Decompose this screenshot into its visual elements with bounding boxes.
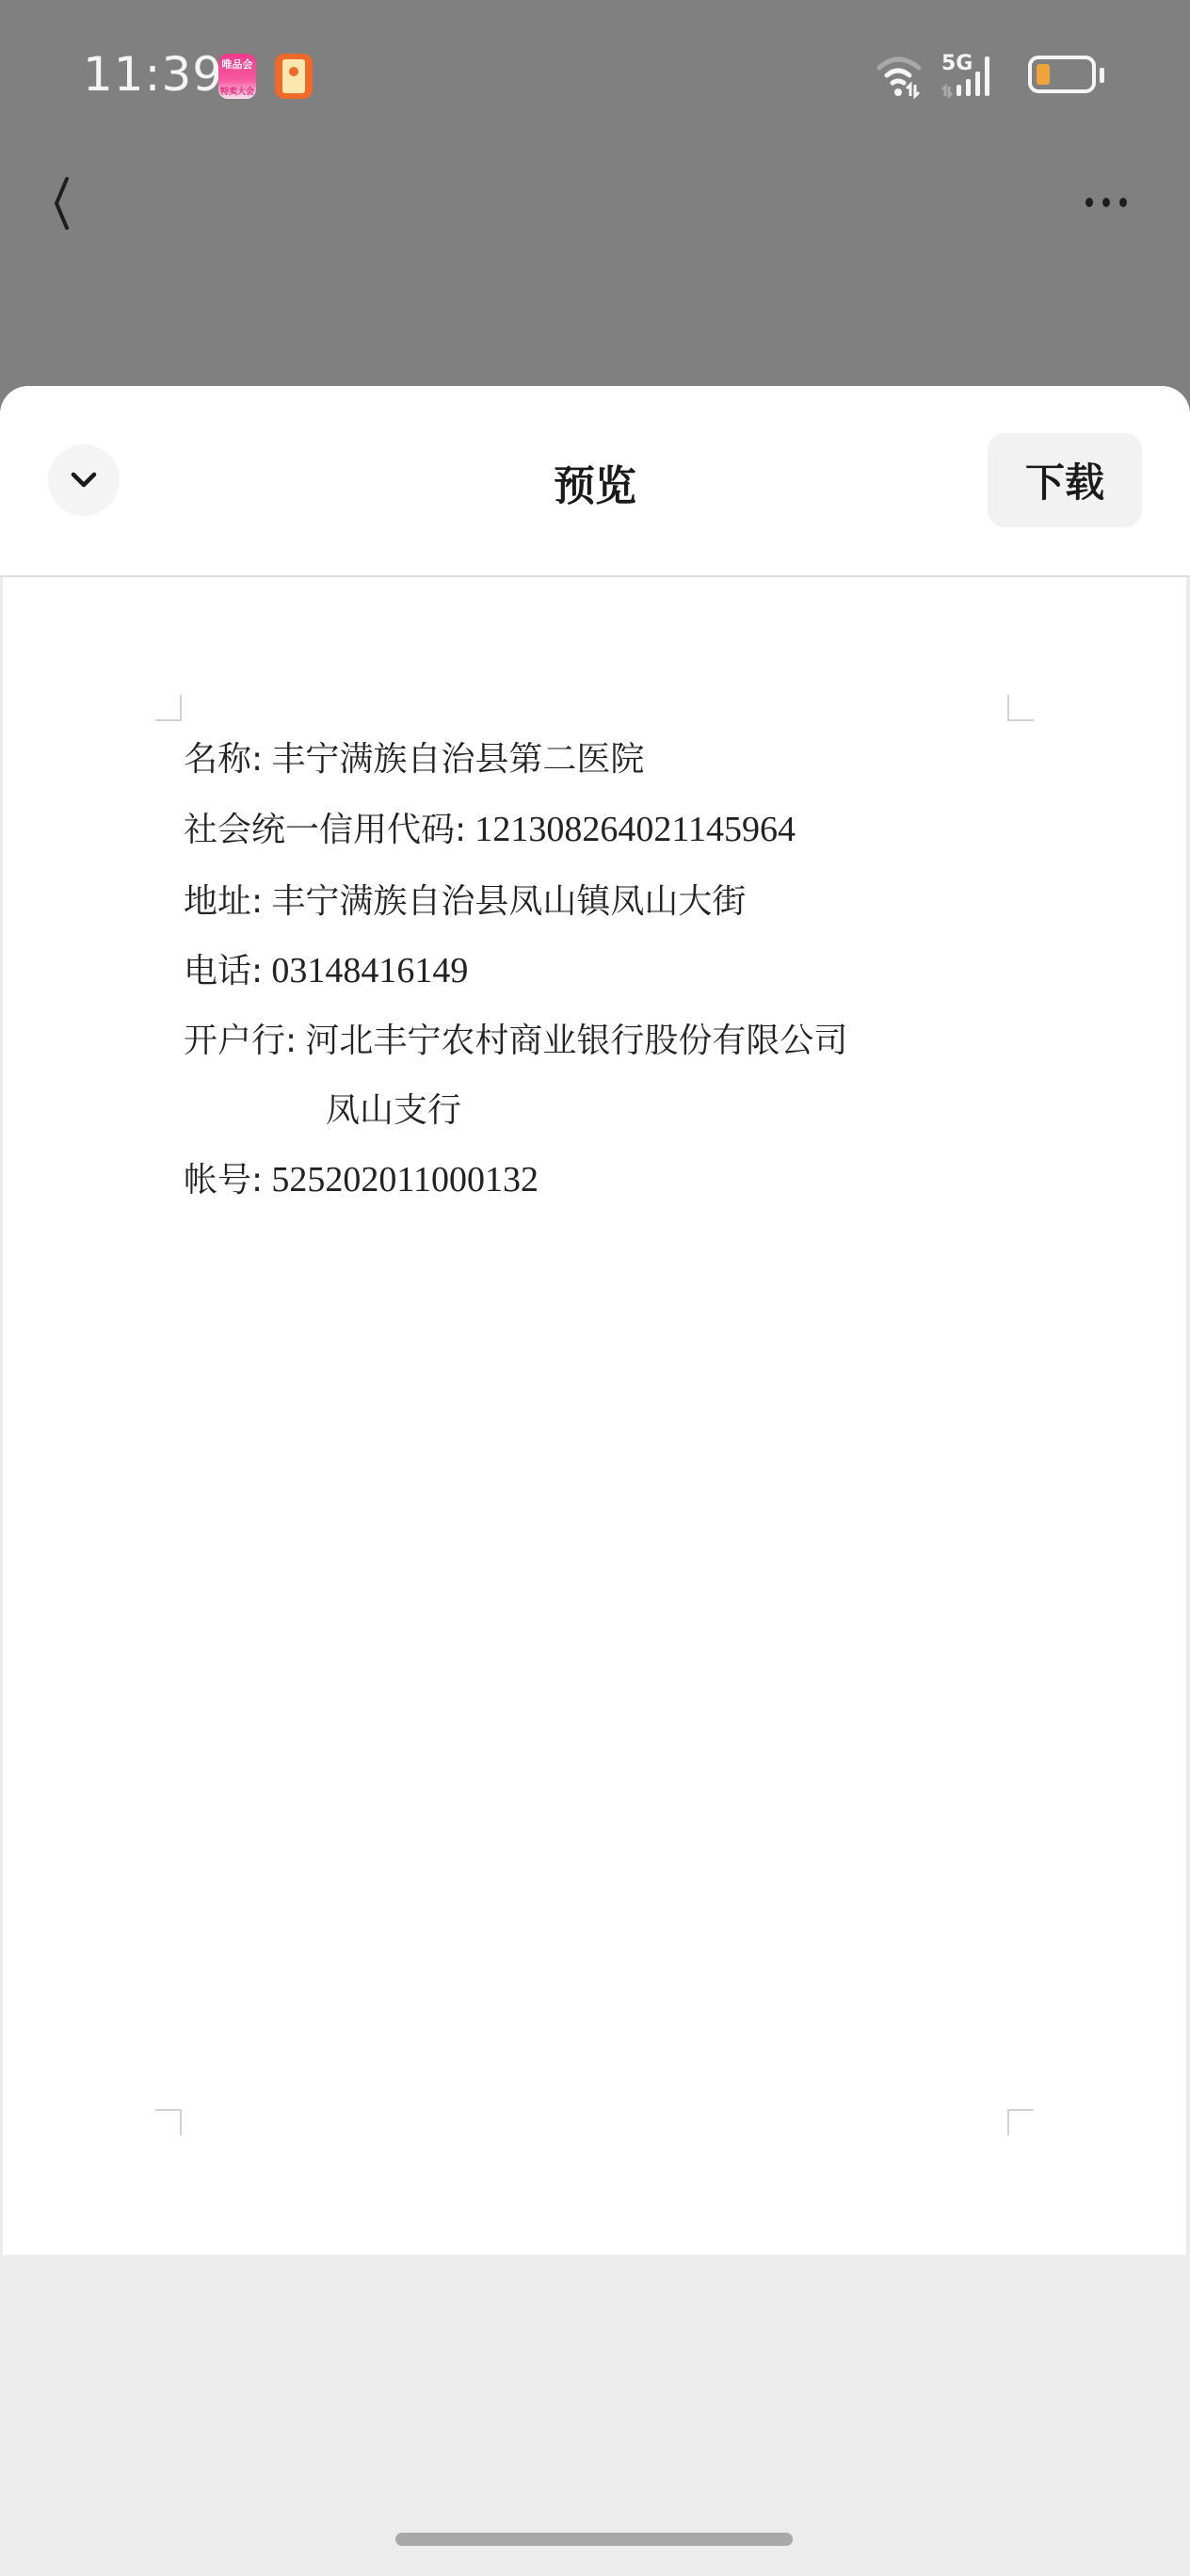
cellular-signal-icon (941, 55, 1009, 98)
doc-line-bank: 开户行: 河北丰宁农村商业银行股份有限公司 (184, 1014, 847, 1062)
doc-value: 525202011000132 (271, 1160, 539, 1199)
doc-line-address: 地址: 丰宁满族自治县凤山镇凤山大街 (184, 875, 746, 923)
doc-label: 地址: (184, 882, 263, 921)
doc-line-credit-code: 社会统一信用代码: 121308264021145964 (184, 803, 796, 851)
chevron-left-icon (38, 169, 85, 235)
doc-label: 电话: (184, 952, 263, 990)
doc-value: 河北丰宁农村商业银行股份有限公司 (305, 1022, 847, 1060)
download-button[interactable]: 下载 (988, 433, 1142, 527)
battery-icon (1028, 56, 1096, 93)
battery-tip (1100, 68, 1104, 83)
vipshop-icon-label: 唯品会 (218, 56, 256, 72)
preview-sheet: 预览 下载 名称: 丰宁满族自治县第二医院 社会统一信用代码: 12130826… (0, 386, 1190, 2576)
doc-value: 凤山支行 (326, 1091, 461, 1130)
doc-value: 121308264021145964 (474, 810, 796, 849)
battery-level (1037, 64, 1050, 85)
doc-line-phone: 电话: 03148416149 (184, 944, 468, 992)
page-margin-mark-top-right (1007, 695, 1034, 721)
doc-value: 丰宁满族自治县凤山镇凤山大街 (271, 882, 746, 921)
red-packet-app-icon (275, 54, 313, 99)
doc-line-bank-branch: 凤山支行 (326, 1084, 461, 1132)
doc-label: 帐号: (184, 1161, 263, 1199)
back-button[interactable] (38, 169, 85, 235)
sheet-header: 预览 下载 (0, 386, 1190, 577)
doc-label: 开户行: (184, 1022, 297, 1060)
page-margin-mark-bottom-right (1007, 2109, 1034, 2135)
page-margin-mark-bottom-left (155, 2109, 182, 2135)
doc-value: 丰宁满族自治县第二医院 (271, 740, 644, 779)
vipshop-app-icon: 唯品会 特卖大会 (218, 54, 256, 99)
vipshop-icon-sublabel: 特卖大会 (218, 85, 256, 97)
more-options-button[interactable] (1073, 184, 1139, 221)
doc-line-name: 名称: 丰宁满族自治县第二医院 (184, 733, 644, 781)
wifi-icon (876, 55, 932, 100)
home-indicator[interactable] (395, 2533, 793, 2546)
doc-label: 名称: (184, 740, 263, 779)
document-page[interactable]: 名称: 丰宁满族自治县第二医院 社会统一信用代码: 12130826402114… (3, 577, 1186, 2255)
status-time: 11:39 (83, 47, 223, 102)
page-margin-mark-top-left (155, 695, 182, 721)
doc-value: 03148416149 (271, 951, 468, 990)
more-horizontal-icon (1073, 184, 1139, 221)
doc-line-account: 帐号: 525202011000132 (184, 1153, 539, 1201)
doc-label: 社会统一信用代码: (184, 811, 466, 849)
